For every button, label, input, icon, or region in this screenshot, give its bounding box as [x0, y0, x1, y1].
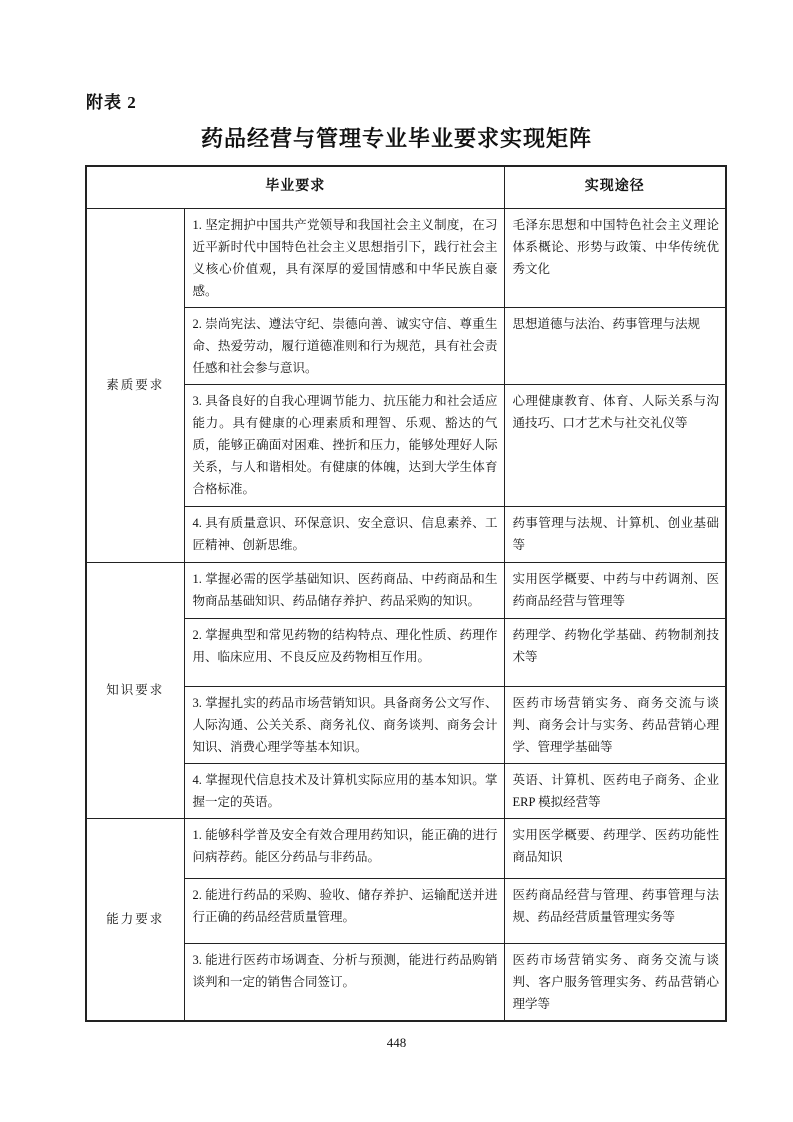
category-cell-knowledge: 知识要求	[86, 562, 184, 818]
path-cell: 英语、计算机、医药电子商务、企业 ERP 模拟经营等	[504, 763, 726, 818]
requirement-cell: 3. 掌握扎实的药品市场营销知识。具备商务公文写作、人际沟通、公关关系、商务礼仪…	[184, 686, 504, 763]
path-cell: 医药商品经营与管理、药事管理与法规、药品经营质量管理实务等	[504, 878, 726, 943]
path-cell: 毛泽东思想和中国特色社会主义理论体系概论、形势与政策、中华传统优秀文化	[504, 208, 726, 307]
table-row: 素质要求 1. 坚定拥护中国共产党领导和我国社会主义制度，在习近平新时代中国特色…	[86, 208, 726, 307]
requirement-cell: 4. 掌握现代信息技术及计算机实际应用的基本知识。掌握一定的英语。	[184, 763, 504, 818]
requirement-cell: 2. 掌握典型和常见药物的结构特点、理化性质、药理作用、临床应用、不良反应及药物…	[184, 618, 504, 686]
table-header-row: 毕业要求 实现途径	[86, 166, 726, 208]
path-cell: 思想道德与法治、药事管理与法规	[504, 307, 726, 384]
appendix-label: 附表 2	[86, 88, 137, 113]
path-cell: 药事管理与法规、计算机、创业基础等	[504, 506, 726, 562]
table-row: 知识要求 1. 掌握必需的医学基础知识、医药商品、中药商品和生物商品基础知识、药…	[86, 562, 726, 618]
page-title: 药品经营与管理专业毕业要求实现矩阵	[0, 122, 793, 153]
path-cell: 药理学、药物化学基础、药物制剂技术等	[504, 618, 726, 686]
column-header-implementation-path: 实现途径	[504, 166, 726, 208]
document-page: 附表 2 药品经营与管理专业毕业要求实现矩阵 毕业要求 实现途径 素质要求 1.…	[0, 0, 793, 1122]
path-cell: 实用医学概要、中药与中药调剂、医药商品经营与管理等	[504, 562, 726, 618]
requirement-cell: 3. 具备良好的自我心理调节能力、抗压能力和社会适应能力。具有健康的心理素质和理…	[184, 384, 504, 506]
column-header-graduation-requirements: 毕业要求	[86, 166, 504, 208]
requirement-cell: 4. 具有质量意识、环保意识、安全意识、信息素养、工匠精神、创新思维。	[184, 506, 504, 562]
requirement-cell: 1. 能够科学普及安全有效合理用药知识，能正确的进行问病荐药。能区分药品与非药品…	[184, 818, 504, 878]
requirement-cell: 1. 掌握必需的医学基础知识、医药商品、中药商品和生物商品基础知识、药品储存养护…	[184, 562, 504, 618]
page-number: 448	[0, 1035, 793, 1051]
category-cell-ability: 能力要求	[86, 818, 184, 1021]
requirements-matrix-table: 毕业要求 实现途径 素质要求 1. 坚定拥护中国共产党领导和我国社会主义制度，在…	[85, 165, 727, 1022]
path-cell: 心理健康教育、体育、人际关系与沟通技巧、口才艺术与社交礼仪等	[504, 384, 726, 506]
requirement-cell: 1. 坚定拥护中国共产党领导和我国社会主义制度，在习近平新时代中国特色社会主义思…	[184, 208, 504, 307]
path-cell: 医药市场营销实务、商务交流与谈判、商务会计与实务、药品营销心理学、管理学基础等	[504, 686, 726, 763]
table-row: 能力要求 1. 能够科学普及安全有效合理用药知识，能正确的进行问病荐药。能区分药…	[86, 818, 726, 878]
category-cell-quality: 素质要求	[86, 208, 184, 562]
requirement-cell: 2. 崇尚宪法、遵法守纪、崇德向善、诚实守信、尊重生命、热爱劳动，履行道德准则和…	[184, 307, 504, 384]
requirement-cell: 3. 能进行医药市场调查、分析与预测，能进行药品购销谈判和一定的销售合同签订。	[184, 943, 504, 1021]
requirement-cell: 2. 能进行药品的采购、验收、储存养护、运输配送并进行正确的药品经营质量管理。	[184, 878, 504, 943]
path-cell: 医药市场营销实务、商务交流与谈判、客户服务管理实务、药品营销心理学等	[504, 943, 726, 1021]
path-cell: 实用医学概要、药理学、医药功能性商品知识	[504, 818, 726, 878]
